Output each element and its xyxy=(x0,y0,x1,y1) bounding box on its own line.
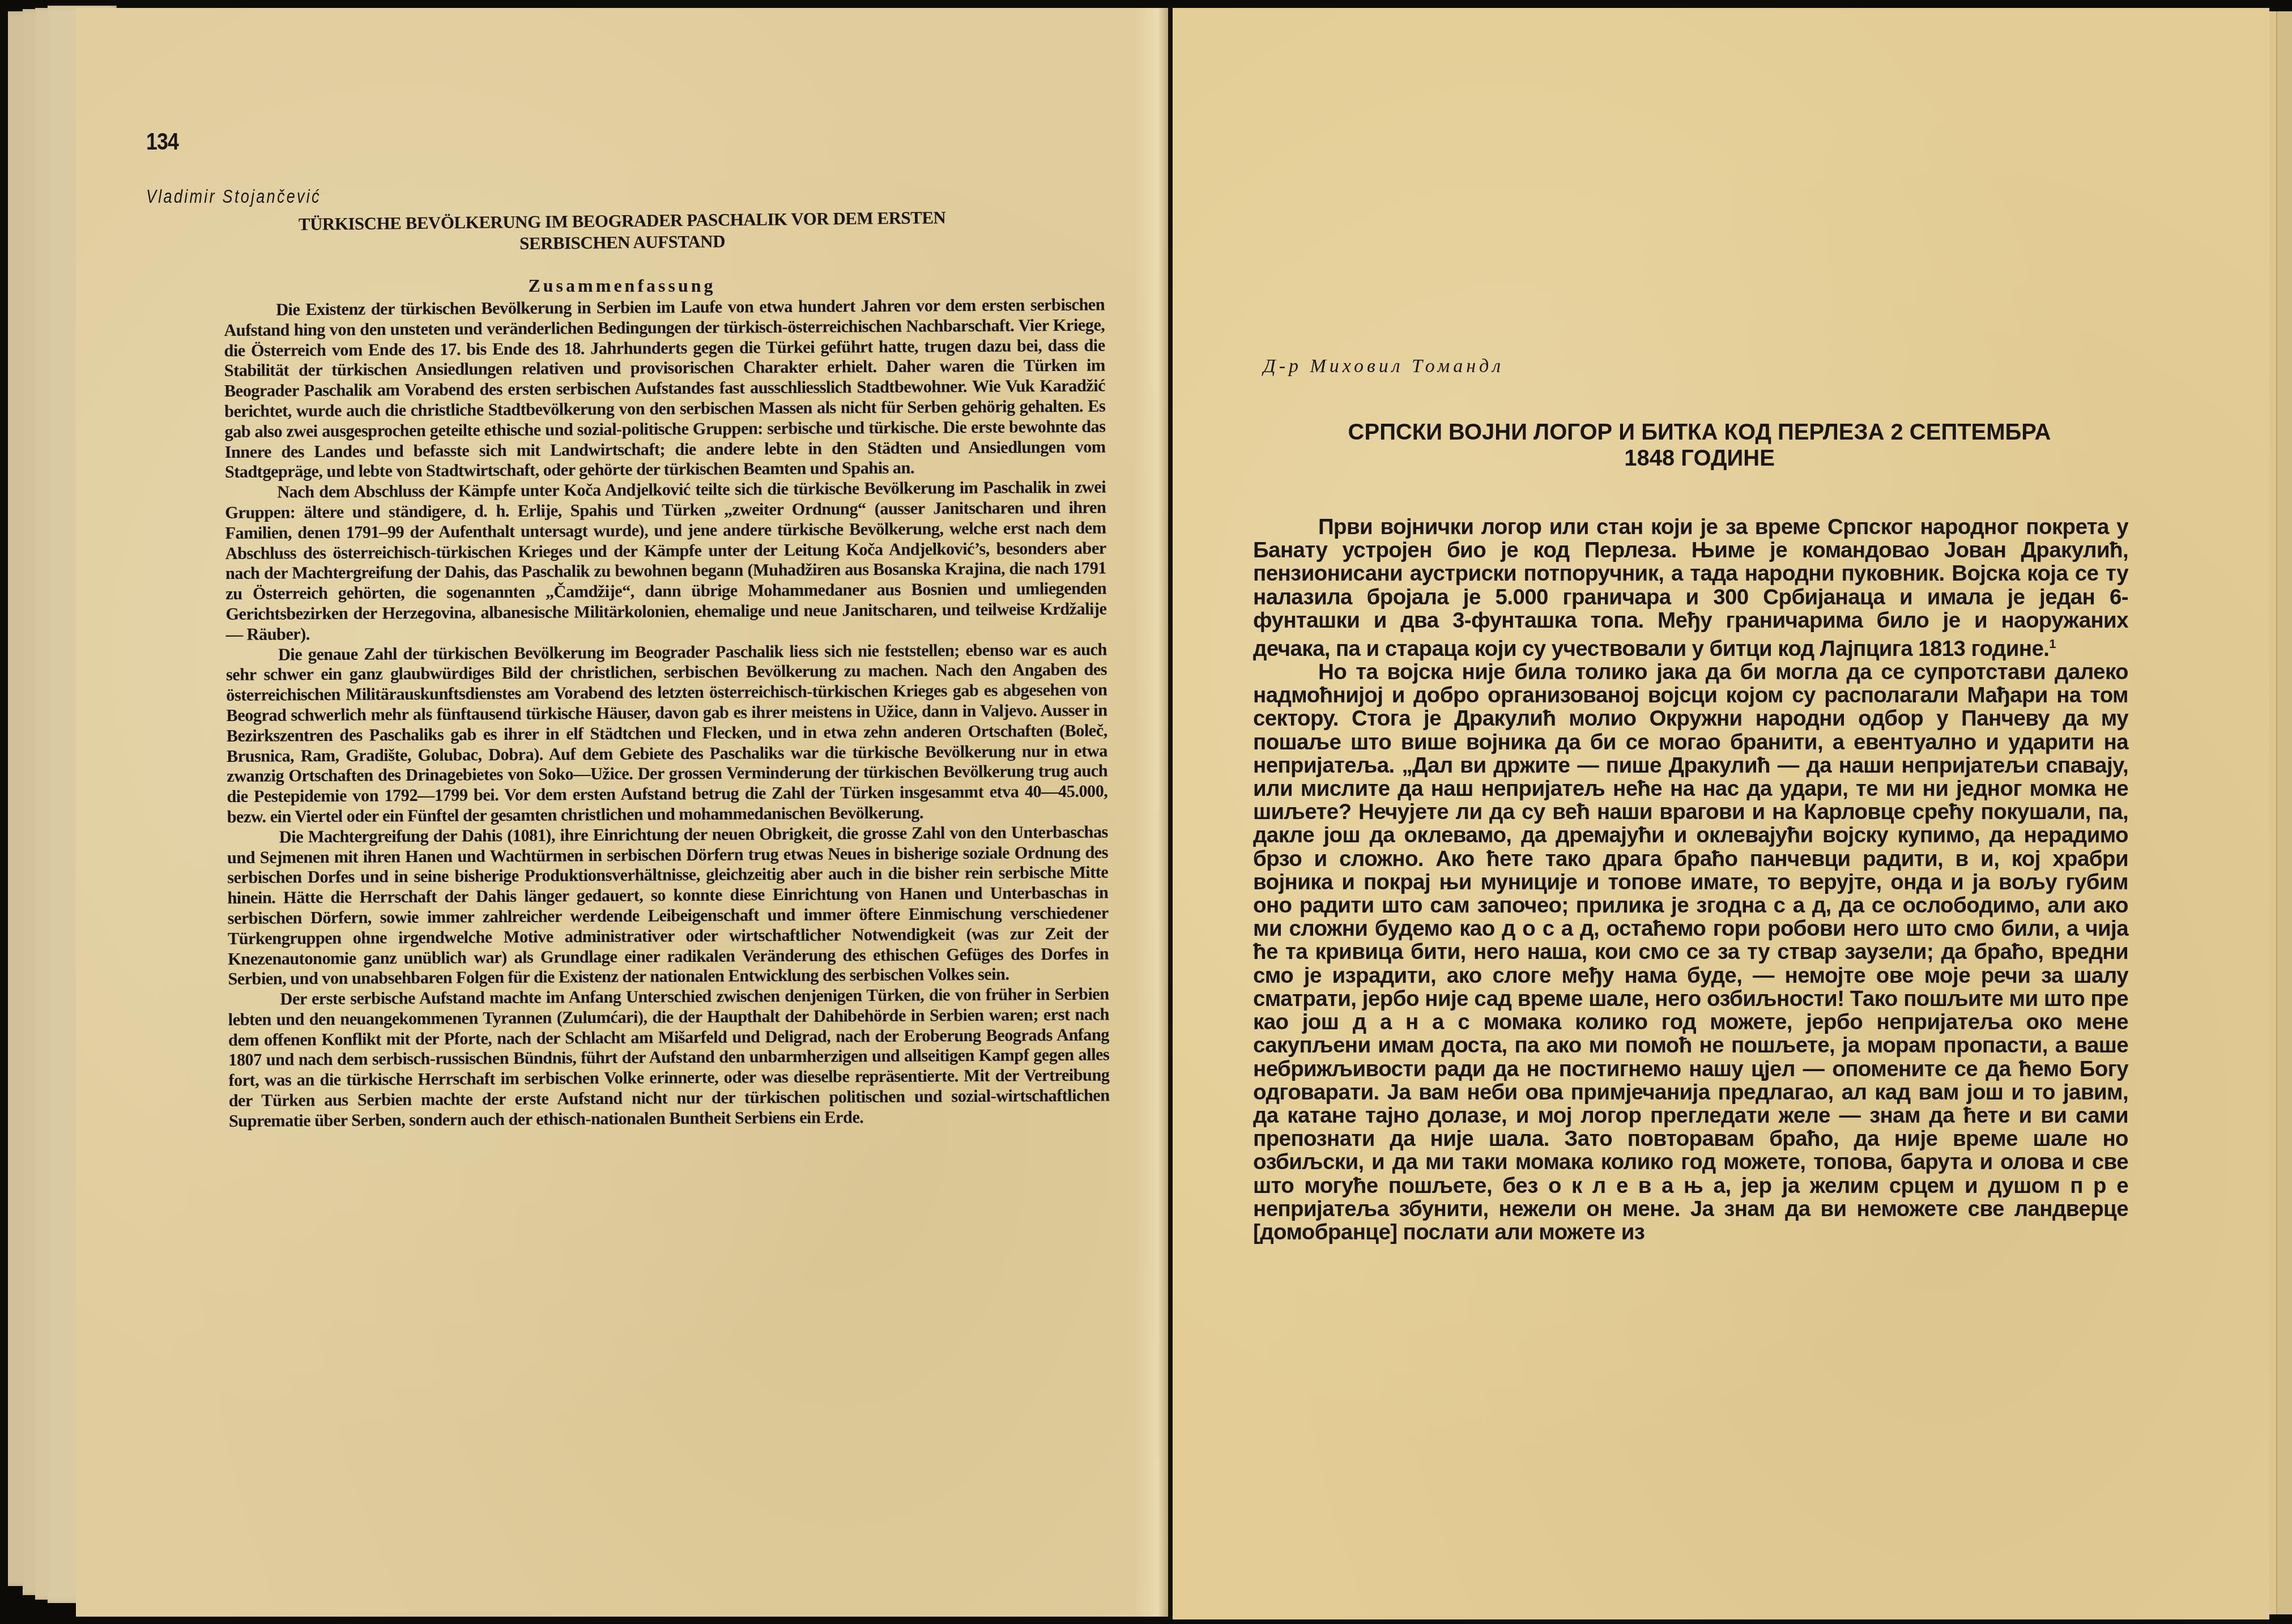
paragraph: Der erste serbische Aufstand machte im A… xyxy=(228,984,1110,1132)
summary-body: Die Existenz der türkischen Bevölkerung … xyxy=(224,295,1110,1132)
author-name: Д-р Миховил Томандл xyxy=(1263,356,1504,377)
paragraph: Die Existenz der türkischen Bevölkerung … xyxy=(224,295,1106,483)
article-body: Први војнички логор или стан који је за … xyxy=(1253,515,2128,1244)
paragraph: Но та војска није била толико јака да би… xyxy=(1253,660,2128,1244)
article-title-line: 1848 ГОДИНЕ xyxy=(1263,445,2136,471)
author-name: Vladimir Stojančević xyxy=(146,186,321,208)
article-title-line: СРПСКИ ВОЈНИ ЛОГОР И БИТКА КОД ПЕРЛЕЗА 2… xyxy=(1263,419,2136,445)
paragraph-text: Први војнички логор или стан који је за … xyxy=(1253,515,2128,661)
section-heading: Zusammenfassung xyxy=(146,275,1098,296)
paragraph: Die genaue Zahl der türkischen Bevölkeru… xyxy=(226,640,1108,828)
book-gutter xyxy=(1168,8,1173,1619)
paragraph: Први војнички логор или стан који је за … xyxy=(1253,515,2128,660)
page-edge xyxy=(2276,11,2292,1614)
page-number: 134 xyxy=(146,128,178,155)
article-title: СРПСКИ ВОЈНИ ЛОГОР И БИТКА КОД ПЕРЛЕЗА 2… xyxy=(1263,419,2136,471)
footnote-marker[interactable]: 1 xyxy=(2049,637,2056,651)
paragraph: Nach dem Abschluss der Kämpfe unter Koča… xyxy=(225,478,1107,645)
paragraph: Die Machtergreifung der Dahis (1081), ih… xyxy=(227,822,1109,990)
book-spread: 134 Vladimir Stojančević TÜRKISCHE BEVÖL… xyxy=(0,0,2292,1624)
